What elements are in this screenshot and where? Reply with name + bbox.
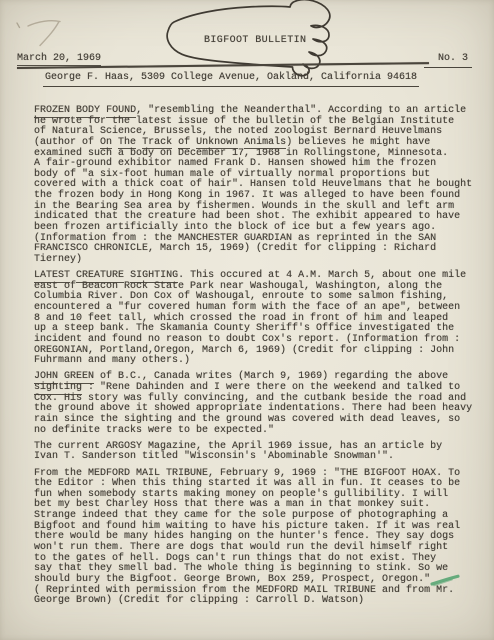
issue-date: March 20, 1969 [17, 54, 101, 65]
paragraph: From the MEDFORD MAIL TRIBUNE, February … [34, 469, 486, 607]
document-body: FROZEN BODY FOUND, "resembling the Neand… [34, 106, 486, 612]
publisher-line: George F. Haas, 5309 College Avenue, Oak… [43, 73, 419, 87]
bulletin-title: BIGFOOT BULLETIN [204, 36, 306, 47]
text-line: no definite tracks were to be expected." [34, 426, 486, 437]
text-line: Fuhrmann and many others.) [34, 356, 486, 367]
bulletin-page: BIGFOOT BULLETIN March 20, 1969 No. 3 Ge… [0, 0, 494, 640]
text-line: Tierney) [34, 255, 486, 266]
paragraph: FROZEN BODY FOUND, "resembling the Neand… [34, 106, 486, 266]
text-line: Ivan T. Sanderson titled "Wisconsin's 'A… [34, 452, 486, 463]
text-line: FRANCISCO CHRONICLE, March 15, 1969) (Cr… [34, 244, 486, 255]
paragraph: JOHN GREEN of B.C., Canada writes (March… [34, 372, 486, 436]
issue-number: No. 3 [424, 54, 472, 68]
paragraph: The current ARGOSY Magazine, the April 1… [34, 442, 486, 463]
text-line: George Brown) (Credit for clipping : Car… [34, 596, 486, 607]
green-pen-mark [429, 571, 463, 589]
paragraph: LATEST CREATURE SIGHTING. This occured a… [34, 271, 486, 367]
